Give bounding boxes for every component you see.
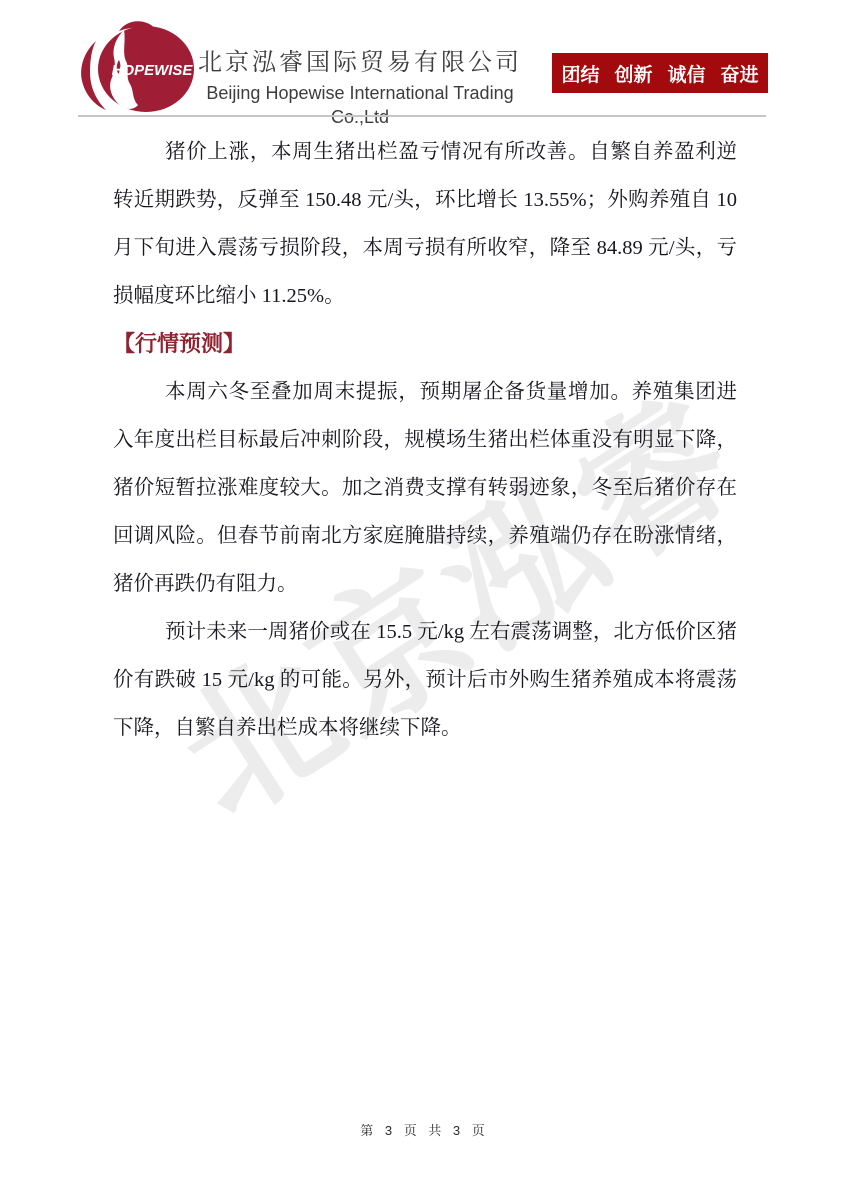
company-name-en: Beijing Hopewise International Trading C… bbox=[185, 81, 535, 129]
paragraph-price-prediction: 预计未来一周猪价或在 15.5 元/kg 左右震荡调整，北方低价区猪价有跌破 1… bbox=[113, 608, 737, 752]
motto-banner: 团结 创新 诚信 奋进 bbox=[552, 53, 768, 93]
motto-item-2: 创新 bbox=[614, 60, 652, 87]
report-content: 猪价上涨，本周生猪出栏盈亏情况有所改善。自繁自养盈利逆转近期跌势，反弹至 150… bbox=[113, 128, 737, 752]
hopewise-globe-logo-icon: HOPEWISE bbox=[75, 20, 197, 115]
logo-brand-text: HOPEWISE bbox=[112, 62, 194, 79]
motto-item-3: 诚信 bbox=[668, 60, 706, 87]
header-divider-line bbox=[78, 115, 766, 117]
document-page: HOPEWISE 北京泓睿国际贸易有限公司 Beijing Hopewise I… bbox=[0, 0, 849, 1181]
paragraph-profit-summary: 猪价上涨，本周生猪出栏盈亏情况有所改善。自繁自养盈利逆转近期跌势，反弹至 150… bbox=[113, 128, 737, 320]
company-name-zh: 北京泓睿国际贸易有限公司 bbox=[185, 48, 535, 78]
paragraph-forecast-analysis: 本周六冬至叠加周末提振，预期屠企备货量增加。养殖集团进入年度出栏目标最后冲刺阶段… bbox=[113, 368, 737, 608]
page-number: 第 3 页 共 3 页 bbox=[0, 1120, 849, 1139]
motto-item-1: 团结 bbox=[561, 60, 599, 87]
section-heading-market-forecast: 【行情预测】 bbox=[113, 320, 737, 368]
page-header: HOPEWISE 北京泓睿国际贸易有限公司 Beijing Hopewise I… bbox=[0, 0, 849, 128]
motto-item-4: 奋进 bbox=[721, 60, 759, 87]
company-logo: HOPEWISE bbox=[75, 20, 197, 115]
